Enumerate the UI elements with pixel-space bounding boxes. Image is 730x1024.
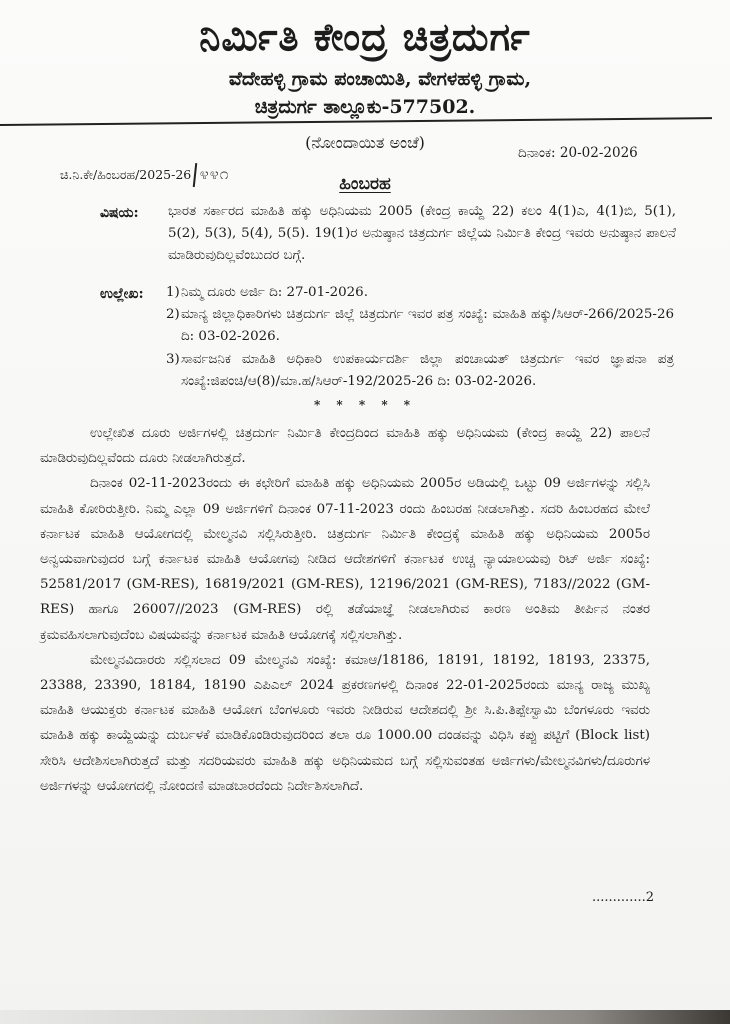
- reference-item: 2) ಮಾನ್ಯ ಜಿಲ್ಲಾಧಿಕಾರಿಗಳು ಚಿತ್ರದುರ್ಗ ಜಿಲ್…: [166, 304, 674, 348]
- subject-text: ಭಾರತ ಸರ್ಕಾರದ ಮಾಹಿತಿ ಹಕ್ಕು ಅಧಿನಿಯಮ 2005 (…: [168, 201, 676, 268]
- page-continuation: .............2: [592, 890, 654, 905]
- letterhead-divider: [0, 117, 712, 126]
- address-line-1: ವೆದೇಹಳ್ಳಿ ಗ್ರಾಮ ಪಂಚಾಯಿತಿ, ವೇಗಳಹಳ್ಳಿ ಗ್ರಾ…: [0, 68, 730, 90]
- body-paragraph: ಉಲ್ಲೇಖಿತ ದೂರು ಅರ್ಜಿಗಳಲ್ಲಿ ಚಿತ್ರದುರ್ಗ ನಿರ…: [40, 421, 650, 471]
- page-edge-shadow: [0, 1010, 730, 1024]
- body-paragraph: ದಿನಾಂಕ 02-11-2023ರಂದು ಈ ಕಛೇರಿಗೆ ಮಾಹಿತಿ ಹ…: [40, 471, 650, 647]
- address-line-2: ಚಿತ್ರದುರ್ಗ ತಾಲ್ಲೂಕು-577502.: [0, 96, 730, 118]
- date-label: ದಿನಾಂಕ:: [518, 145, 556, 161]
- references-label: ಉಲ್ಲೇಖ:: [100, 286, 144, 302]
- organization-name: ನಿರ್ಮಿತಿ ಕೇಂದ್ರ ಚಿತ್ರದುರ್ಗ: [0, 14, 730, 60]
- reference-item: 3) ಸಾರ್ವಜನಿಕ ಮಾಹಿತಿ ಅಧಿಕಾರಿ ಉಪಕಾರ್ಯದರ್ಶಿ…: [166, 349, 674, 393]
- subject-label: ವಿಷಯ:: [100, 205, 139, 221]
- body-paragraph: ಮೇಲ್ಮನವಿದಾರರು ಸಲ್ಲಿಸಲಾದ 09 ಮೇಲ್ಮನವಿ ಸಂಖ್…: [40, 648, 650, 799]
- document-page: ನಿರ್ಮಿತಿ ಕೇಂದ್ರ ಚಿತ್ರದುರ್ಗ ವೆದೇಹಳ್ಳಿ ಗ್ರ…: [0, 0, 730, 1016]
- reference-item: 1) ನಿಮ್ಮ ದೂರು ಅರ್ಜಿ ದಿ: 27-01-2026.: [166, 282, 674, 304]
- letter-body: ಉಲ್ಲೇಖಿತ ದೂರು ಅರ್ಜಿಗಳಲ್ಲಿ ಚಿತ್ರದುರ್ಗ ನಿರ…: [40, 421, 650, 799]
- letter-date: ದಿನಾಂಕ: 20-02-2026: [518, 145, 638, 161]
- references-list: 1) ನಿಮ್ಮ ದೂರು ಅರ್ಜಿ ದಿ: 27-01-2026. 2) ಮ…: [166, 282, 674, 393]
- endorsement-title: ಹಿಂಬರಹ: [0, 174, 730, 194]
- date-value: 20-02-2026: [560, 145, 638, 161]
- section-separator: * * * * *: [0, 398, 730, 412]
